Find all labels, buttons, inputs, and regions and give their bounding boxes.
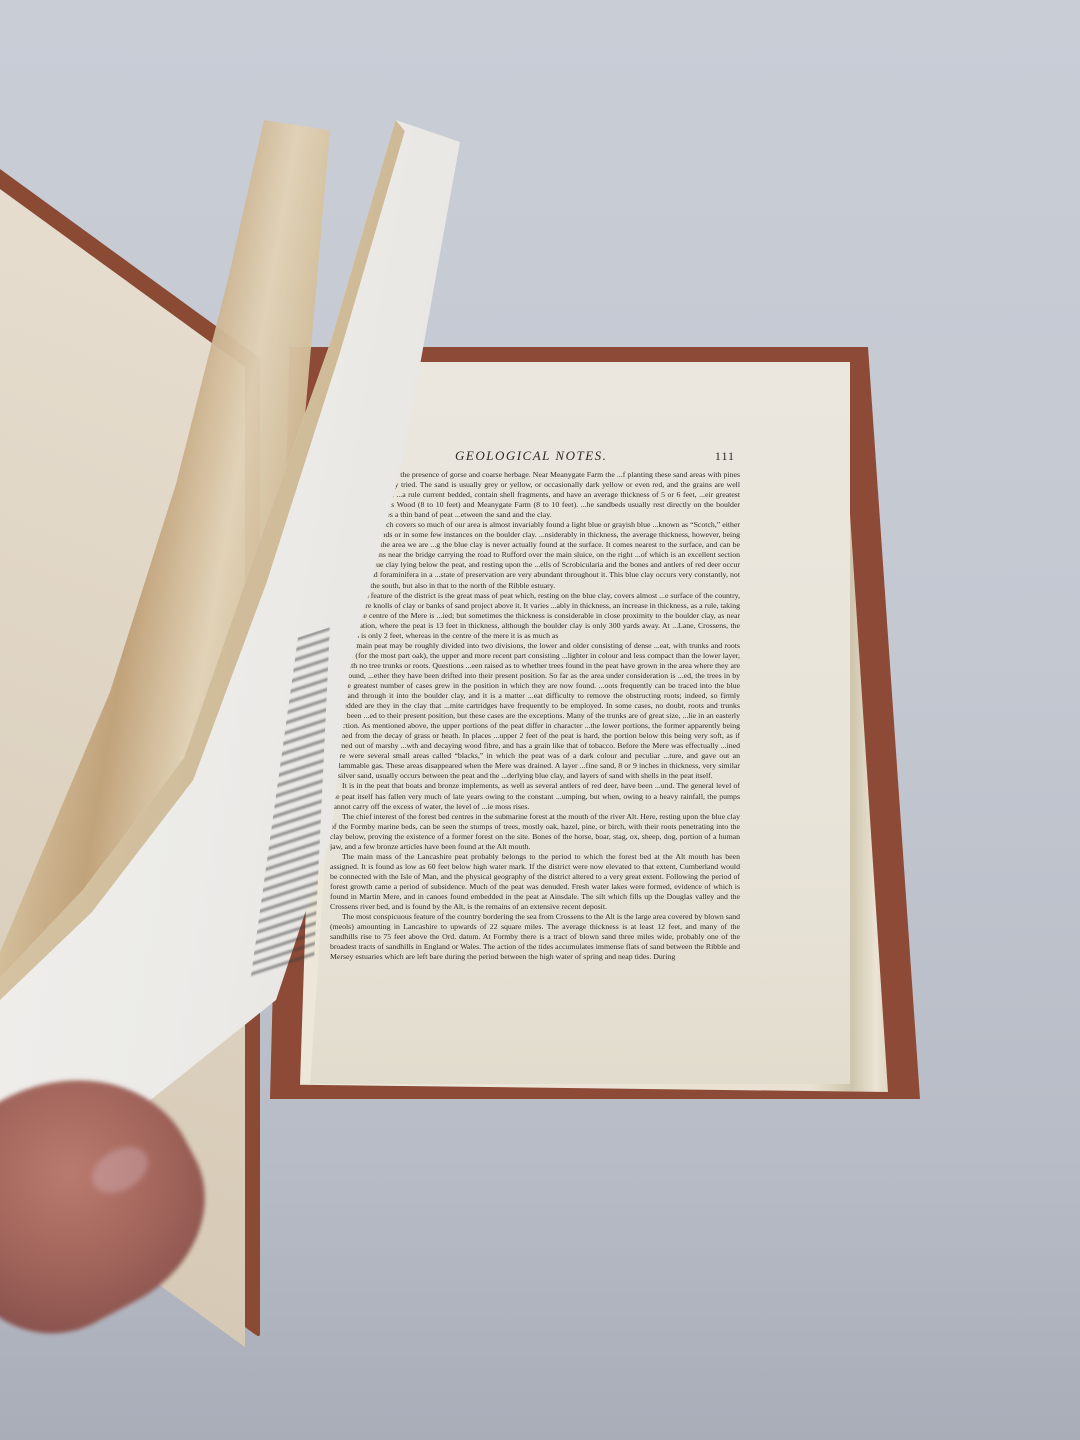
paragraph: It is in the peat that boats and bronze … xyxy=(330,781,740,811)
paragraph: The chief interest of the forest bed cen… xyxy=(330,812,740,852)
paragraph: ...the peat which covers so much of our … xyxy=(330,520,740,590)
running-head: GEOLOGICAL NOTES. xyxy=(455,448,607,464)
paragraph: The most conspicuous feature of the coun… xyxy=(330,912,740,962)
paragraph: The main mass of the Lancashire peat pro… xyxy=(330,852,740,912)
page-body-text: peat-covered areas by the presence of go… xyxy=(330,470,740,1060)
page-number: 111 xyxy=(715,449,735,464)
paragraph: ...e main feature of the district is the… xyxy=(330,591,740,641)
book-photo-scene: GEOLOGICAL NOTES. 111 peat-covered areas… xyxy=(0,0,1080,1440)
page-header: GEOLOGICAL NOTES. 111 xyxy=(455,448,735,464)
paragraph: The main peat may be roughly divided int… xyxy=(330,641,740,782)
